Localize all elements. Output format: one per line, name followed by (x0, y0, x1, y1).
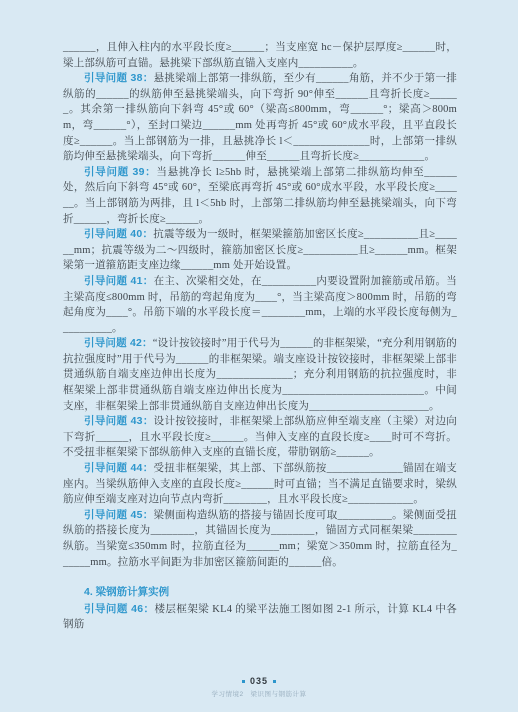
page-number-dot-left (242, 680, 245, 683)
question-label: 引导问题 40： (84, 228, 153, 240)
question-label: 引导问题 46： (84, 603, 154, 615)
page-number-row: 035 (0, 676, 518, 686)
question-label: 引导问题 42： (84, 337, 153, 349)
question-paragraph: ______，且伸入柱内的水平段长度≥______；当支座宽 hc－保护层厚度≥… (63, 40, 457, 71)
question-paragraph: 引导问题 44：受扭非框架梁，其上部、下部纵筋按______________锚固… (63, 461, 457, 508)
question-label: 引导问题 41： (84, 275, 154, 287)
question-text: ______，且伸入柱内的水平段长度≥______；当支座宽 hc－保护层厚度≥… (63, 42, 457, 69)
page-number-dot-right (273, 680, 276, 683)
question-paragraph: 引导问题 43：设计按铰接时，非框架梁上部纵筋应伸至端支座（主梁）对边向下弯折_… (63, 414, 457, 461)
question-paragraph: 引导问题 39：当悬挑净长 l≥5hb 时，悬挑梁端上部第二排纵筋均伸至____… (63, 165, 457, 227)
question-paragraph: 引导问题 38：悬挑梁端上部第一排纵筋，至少有______角筋，并不少于第一排纵… (63, 71, 457, 165)
question-label: 引导问题 45： (84, 509, 154, 521)
content-area: ______，且伸入柱内的水平段长度≥______；当支座宽 hc－保护层厚度≥… (63, 40, 457, 633)
question-paragraph: 引导问题 40：抗震等级为一级时，框架梁箍筋加密区长度≥__________且≥… (63, 227, 457, 274)
question-paragraph: 引导问题 45：梁侧面构造纵筋的搭接与锚固长度可取__________。梁侧面受… (63, 508, 457, 570)
question-paragraph: 引导问题 42：“设计按铰接时”用于代号为______的非框架梁，“充分利用钢筋… (63, 336, 457, 414)
page: ______，且伸入柱内的水平段长度≥______；当支座宽 hc－保护层厚度≥… (0, 0, 518, 712)
question-paragraph: 引导问题 41：在主、次梁相交处，在__________内要设置附加箍筋或吊筋。… (63, 274, 457, 336)
section-heading: 4. 梁钢筋计算实例 (63, 585, 457, 601)
question-text: 悬挑梁端上部第一排纵筋，至少有______角筋，并不少于第一排纵筋的______… (63, 73, 457, 162)
question-label: 引导问题 38： (84, 72, 154, 84)
page-footer: 035 学习情境2 梁识图与钢筋计算 (0, 676, 518, 698)
question-label: 引导问题 39： (84, 166, 156, 178)
question-text: “设计按铰接时”用于代号为______的非框架梁，“充分利用钢筋的抗拉强度时”用… (63, 338, 457, 411)
question-label: 引导问题 44： (84, 462, 154, 474)
page-number: 035 (250, 676, 268, 686)
question-paragraph: 引导问题 46：楼层框架梁 KL4 的梁平法施工图如图 2-1 所示，计算 KL… (63, 602, 457, 633)
question-label: 引导问题 43： (84, 415, 154, 427)
footer-book-title: 学习情境2 梁识图与钢筋计算 (0, 689, 518, 698)
